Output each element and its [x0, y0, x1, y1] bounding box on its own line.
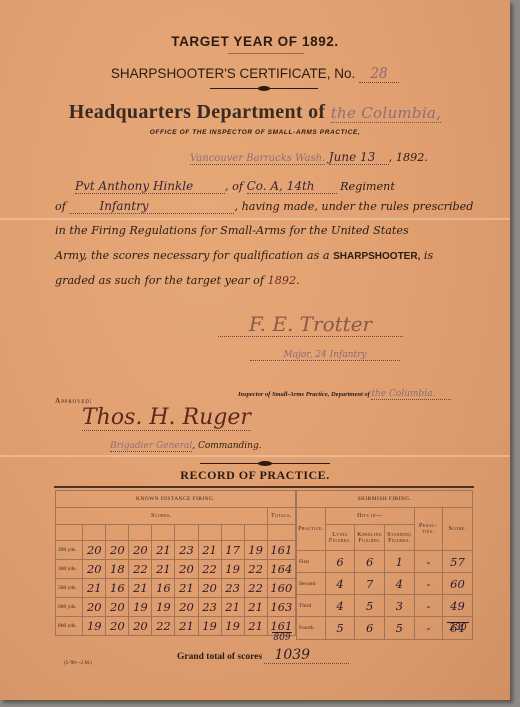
certificate-label: SHARPSHOOTER'S CERTIFICATE, No.	[111, 66, 355, 81]
body-text: in the Firing Regulations for Small-Arms…	[55, 224, 409, 237]
paper-fold	[0, 218, 510, 220]
lying-cell: 6	[325, 551, 355, 573]
score-cell: 20	[106, 598, 129, 617]
score-cell: 18	[106, 560, 129, 579]
range-label: 300 yds.	[56, 560, 83, 579]
score-cell: 21	[129, 579, 152, 598]
penalties-cell: -	[414, 551, 442, 573]
sharpshooter-word: SHARPSHOOTER,	[333, 251, 420, 262]
score-cell: 57	[442, 551, 472, 573]
practice-label: Fourth	[297, 617, 326, 640]
score-cell: 23	[221, 579, 244, 598]
certificate-document: TARGET YEAR OF 1892. SHARPSHOOTER'S CERT…	[0, 0, 510, 700]
total-cell: 161	[267, 541, 295, 560]
branch: Infantry	[69, 199, 234, 214]
body-text: graded as such for the target year of	[55, 274, 264, 287]
certificate-number-line: SHARPSHOOTER'S CERTIFICATE, No. 28	[0, 64, 510, 83]
inspector-department: the Columbia.	[371, 389, 451, 400]
kneeling-cell: 6	[355, 617, 385, 640]
commanding-label: , Commanding.	[192, 441, 261, 451]
form-number: (5-'90—2 M.)	[64, 661, 92, 666]
score-cell: 22	[244, 560, 267, 579]
commander-line: Brigadier General, Commanding.	[110, 441, 262, 452]
table-row: 300 yds. 20 18 22 21 20 22 19 22 164	[56, 560, 296, 579]
table-top-rule	[54, 486, 474, 488]
totals-header: Totals.	[267, 508, 295, 525]
score-cell: 19	[221, 617, 244, 636]
score-cell: 21	[83, 579, 106, 598]
known-distance-sum: 809	[272, 632, 292, 643]
known-distance-table: Known Distance Firing. Scores. Totals. 2…	[55, 490, 296, 636]
penalties-cell: -	[414, 617, 442, 640]
score-cell: 22	[244, 579, 267, 598]
score-cell: 23	[175, 541, 198, 560]
table-row: 500 yds. 21 16 21 16 21 20 23 22 160	[56, 579, 296, 598]
table-row: 600 yds. 20 20 19 19 20 23 21 21 163	[56, 598, 296, 617]
penalties-header: Penal-ties.	[414, 508, 442, 551]
body-text: graded as such for the target year of 18…	[55, 274, 300, 287]
score-cell: 22	[198, 560, 221, 579]
score-cell: 21	[244, 598, 267, 617]
company: Co. A, 14th	[247, 179, 337, 194]
soldier-name: Pvt Anthony Hinkle	[75, 179, 225, 194]
table-row: Second 4 7 4 - 60	[297, 573, 473, 595]
score-cell: 20	[175, 560, 198, 579]
department-name: the Columbia,	[331, 104, 442, 123]
inspector-title-label: Inspector of Small-Arms Practice, Depart…	[238, 391, 370, 398]
practice-label: Second	[297, 573, 326, 595]
skirmish-table: Skirmish Firing. Practice. Hits in— Pena…	[296, 490, 473, 640]
total-cell: 163	[267, 598, 295, 617]
ornamental-divider	[200, 463, 330, 464]
body-text: is	[424, 249, 433, 262]
ornamental-divider	[210, 88, 318, 89]
grand-total-value: 1039	[264, 647, 349, 664]
record-title: RECORD OF PRACTICE.	[0, 468, 510, 483]
lying-cell: 4	[325, 573, 355, 595]
soldier-line: Pvt Anthony Hinkle, of Co. A, 14th Regim…	[75, 179, 395, 194]
score-cell: 19	[221, 560, 244, 579]
target-year: 1892	[268, 274, 296, 287]
kneeling-cell: 6	[355, 551, 385, 573]
lying-header: Lying Figures.	[325, 525, 355, 551]
target-year-heading: TARGET YEAR OF 1892.	[0, 34, 510, 49]
scores-header: Scores.	[56, 508, 268, 525]
branch-line: of Infantry, having made, under the rule…	[55, 199, 473, 214]
score-cell: 60	[442, 573, 472, 595]
range-label: 200 yds.	[56, 541, 83, 560]
standing-header: Standing Figures.	[384, 525, 414, 551]
body-text: Army, the scores necessary for qualifica…	[55, 249, 433, 262]
practice-header: Practice.	[297, 508, 326, 551]
known-distance-header: Known Distance Firing.	[56, 491, 296, 508]
kneeling-cell: 7	[355, 573, 385, 595]
score-cell: 19	[152, 598, 175, 617]
score-cell: 21	[152, 560, 175, 579]
score-cell: 20	[106, 541, 129, 560]
total-cell: 164	[267, 560, 295, 579]
standing-cell: 5	[384, 617, 414, 640]
score-cell: 21	[244, 617, 267, 636]
lying-cell: 4	[325, 595, 355, 617]
commander-signature: Thos. H. Ruger	[82, 405, 251, 431]
penalties-cell: -	[414, 573, 442, 595]
of-label: , of	[225, 180, 243, 193]
score-cell: 20	[83, 598, 106, 617]
score-cell: 23	[198, 598, 221, 617]
standing-cell: 4	[384, 573, 414, 595]
office-line: OFFICE OF THE INSPECTOR OF SMALL-ARMS PR…	[0, 129, 510, 136]
grand-total-line: Grand total of scores 1039	[177, 647, 349, 664]
score-cell: 21	[175, 579, 198, 598]
inspector-rank: Major, 24 Infantry	[250, 350, 400, 361]
score-cell: 20	[129, 617, 152, 636]
score-cell: 22	[152, 617, 175, 636]
score-cell: 16	[152, 579, 175, 598]
score-cell: 20	[83, 560, 106, 579]
score-cell: 20	[129, 541, 152, 560]
divider	[228, 53, 304, 54]
skirmish-sum: 230	[447, 622, 469, 633]
table-row: Third 4 5 3 - 49	[297, 595, 473, 617]
place-date-line: Vancouver Barracks Wash. June 13, 1892.	[190, 150, 428, 165]
hits-header: Hits in—	[325, 508, 414, 525]
date-year: , 1892.	[389, 151, 428, 164]
standing-cell: 1	[384, 551, 414, 573]
kneeling-header: Kneeling Figures.	[355, 525, 385, 551]
score-cell: 21	[198, 541, 221, 560]
score-cell: 21	[221, 598, 244, 617]
certificate-number: 28	[359, 64, 399, 83]
approved-label: Approved:	[55, 396, 92, 405]
score-cell: 49	[442, 595, 472, 617]
date: June 13	[329, 150, 389, 165]
score-cell: 20	[198, 579, 221, 598]
commander-rank: Brigadier General	[110, 441, 192, 452]
score-cell: 21	[152, 541, 175, 560]
lying-cell: 5	[325, 617, 355, 640]
penalties-cell: -	[414, 595, 442, 617]
score-cell: 21	[175, 617, 198, 636]
headquarters-line: Headquarters Department of the Columbia,	[0, 101, 510, 124]
practice-label: First	[297, 551, 326, 573]
table-row: 200 yds. 20 20 20 21 23 21 17 19 161	[56, 541, 296, 560]
score-cell: 19	[244, 541, 267, 560]
paper-fold	[0, 455, 510, 457]
regiment-label: Regiment	[340, 180, 395, 193]
total-cell: 160	[267, 579, 295, 598]
score-cell: 19	[129, 598, 152, 617]
score-cell: 20	[83, 541, 106, 560]
standing-cell: 3	[384, 595, 414, 617]
score-cell: 20	[175, 598, 198, 617]
range-label: 800 yds.	[56, 617, 83, 636]
score-header: Score.	[442, 508, 472, 551]
score-cell: 17	[221, 541, 244, 560]
of-label: of	[55, 200, 66, 213]
inspector-signature: F. E. Trotter	[218, 312, 403, 337]
body-text: Army, the scores necessary for qualifica…	[55, 249, 330, 262]
score-cell: 19	[198, 617, 221, 636]
range-label: 500 yds.	[56, 579, 83, 598]
table-row: First 6 6 1 - 57	[297, 551, 473, 573]
score-cell: 20	[106, 617, 129, 636]
score-cell: 16	[106, 579, 129, 598]
range-label: 600 yds.	[56, 598, 83, 617]
place: Vancouver Barracks Wash.	[190, 153, 325, 165]
score-cell: 19	[83, 617, 106, 636]
skirmish-header: Skirmish Firing.	[297, 491, 473, 508]
inspector-title: Inspector of Small-Arms Practice, Depart…	[238, 389, 451, 400]
body-text: , having made, under the rules prescribe…	[234, 200, 473, 213]
score-cell: 22	[129, 560, 152, 579]
table-row: 800 yds. 19 20 20 22 21 19 19 21 161	[56, 617, 296, 636]
grand-total-label: Grand total of scores	[177, 652, 262, 662]
practice-label: Third	[297, 595, 326, 617]
kneeling-cell: 5	[355, 595, 385, 617]
headquarters-label: Headquarters Department of	[69, 101, 326, 123]
